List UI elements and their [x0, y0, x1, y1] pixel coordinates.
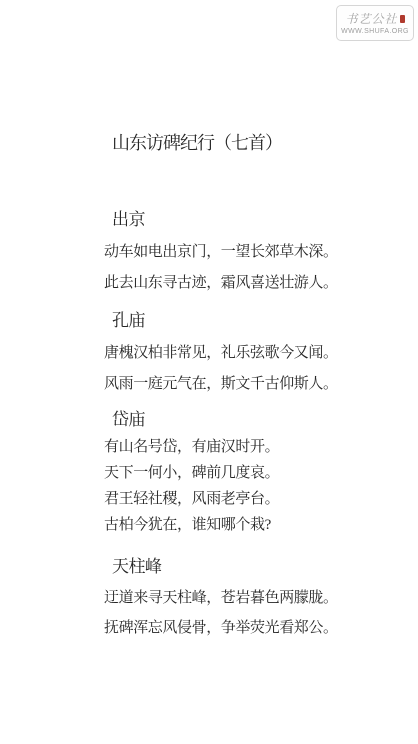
poem-line: 此去山东寻古迹，霜风喜送壮游人。: [104, 273, 404, 293]
seal-stamp-icon: [400, 15, 405, 23]
page-title: 山东访碑纪行（七首）: [112, 132, 282, 154]
poem-section: 出京 动车如电出京门，一望长郊草木深。 此去山东寻古迹，霜风喜送壮游人。: [104, 209, 404, 293]
poem-line: 唐槐汉柏非常见，礼乐弦歌今又闻。: [104, 343, 404, 363]
poem-section-title: 天柱峰: [112, 556, 404, 578]
poem-line: 抚碑浑忘风侵骨，争举荧光看郑公。: [104, 618, 404, 638]
poem-line: 天下一何小，碑前几度哀。: [104, 463, 404, 483]
watermark-logo-row: 书艺公社: [345, 12, 404, 26]
poem-line: 有山名号岱，有庙汉时开。: [104, 437, 404, 457]
watermark-site-url: WWW.SHUFA.ORG: [341, 27, 409, 36]
scanned-poem-page: { "watermark": { "logo_text": "书艺公社", "s…: [0, 0, 418, 744]
poem-line: 迂道来寻天柱峰，苍岩暮色两朦胧。: [104, 588, 404, 608]
poem-section-title: 岱庙: [112, 409, 404, 431]
poem-line: 风雨一庭元气在，斯文千古仰斯人。: [104, 374, 404, 394]
poem-section: 天柱峰 迂道来寻天柱峰，苍岩暮色两朦胧。 抚碑浑忘风侵骨，争举荧光看郑公。: [104, 556, 404, 638]
site-watermark: 书艺公社 WWW.SHUFA.ORG: [336, 5, 414, 41]
poem-line: 君王轻社稷，风雨老亭台。: [104, 489, 404, 509]
poem-section: 孔庙 唐槐汉柏非常见，礼乐弦歌今又闻。 风雨一庭元气在，斯文千古仰斯人。: [104, 310, 404, 394]
poem-section-title: 孔庙: [112, 310, 404, 332]
poem-section-title: 出京: [112, 209, 404, 231]
poem-line: 动车如电出京门，一望长郊草木深。: [104, 242, 404, 262]
poem-line: 古柏今犹在，谁知哪个栽?: [104, 515, 404, 535]
poem-section: 岱庙 有山名号岱，有庙汉时开。 天下一何小，碑前几度哀。 君王轻社稷，风雨老亭台…: [104, 409, 404, 535]
watermark-logo-text: 书艺公社: [345, 12, 397, 26]
